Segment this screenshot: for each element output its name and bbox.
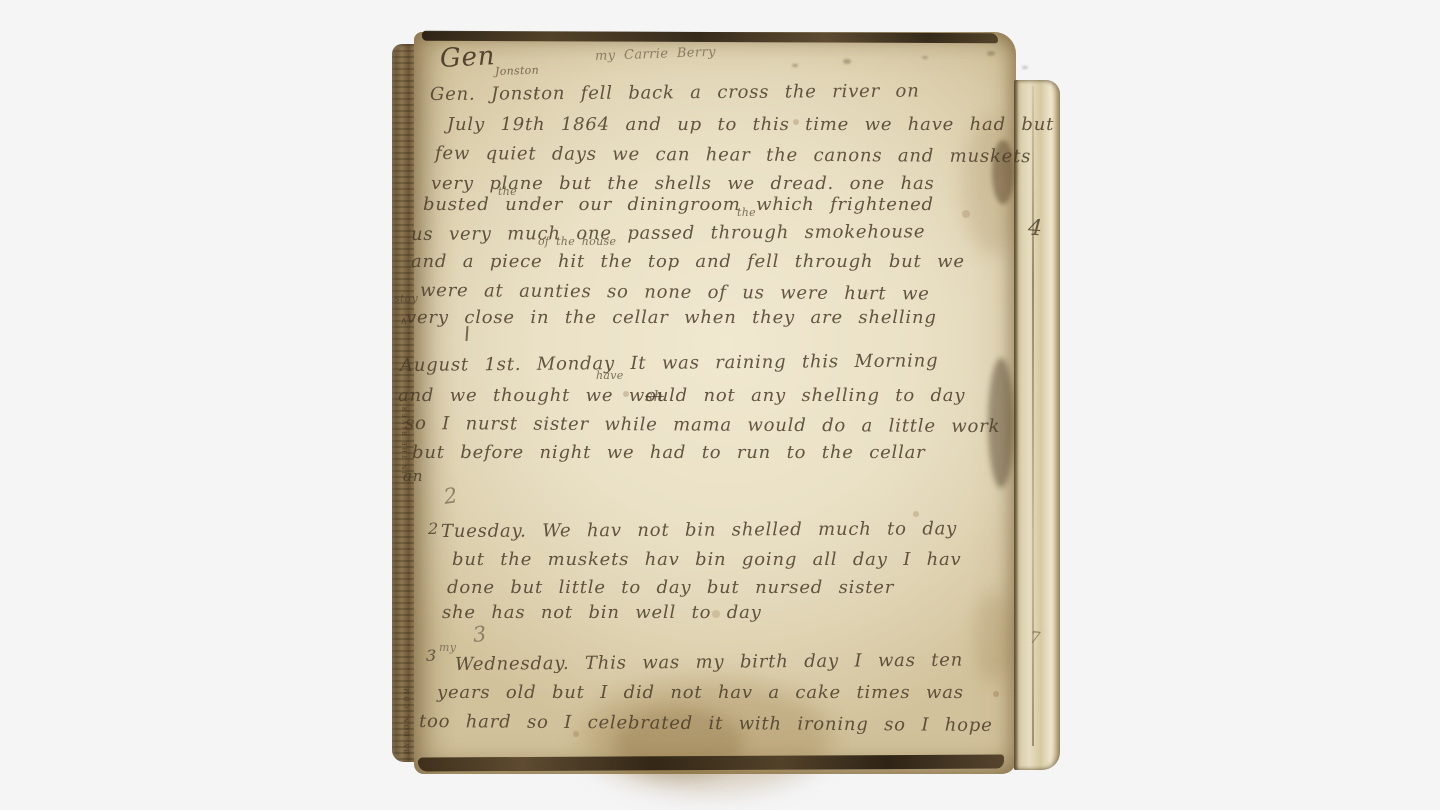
spine-printed-text: BY HON. COM [403,514,411,754]
pencil-annotation-number: 3 [472,624,488,646]
edge-page-number: 4 [1027,216,1043,242]
diary-line: few quiet days we can hear the canons an… [435,145,1031,166]
diary-line: August 1st. Monday It was raining this M… [400,352,939,375]
inserted-word: the [737,207,756,218]
inserted-word: Jonston [495,64,539,77]
diary-line: us very much one passed through smokehou… [411,223,925,244]
inserted-word: have [596,370,624,381]
diary-line: Gen. Jonston fell back a cross the river… [430,83,920,104]
diary-line: done but little to day but nursed sister [447,579,894,597]
diary-line: busted under our diningroom which fright… [423,196,934,214]
diary-line: and a piece hit the top and fell through… [411,253,965,271]
diary-line: and we thought we would not any shelling… [398,387,965,405]
diary-line: she has not bin well to day [442,604,762,622]
diary-line: were at aunties so none of us were hurt … [420,282,930,304]
spine-printed-text: IN THE RIVER [401,214,409,474]
diary-line: Tuesday. We hav not bin shelled much to … [441,520,957,541]
photo-background: IN THE RIVER BY HON. COM 4 7 ∧ Genmy Car… [0,0,1440,810]
ownership-inscription: my Carrie Berry [595,46,716,63]
diary-line: but the muskets hav bin going all day I … [452,551,962,569]
diary-line: Gen [439,43,496,72]
diary-line: July 19th 1864 and up to this time we ha… [447,116,1054,134]
page-edges [1014,80,1060,770]
inserted-word: stay [394,293,418,304]
edge-page-number: 7 [1029,628,1041,648]
margin-day-number: 2 [428,521,439,537]
inserted-word: my [439,642,456,653]
paper-stain [974,592,1014,682]
diary-line: but before night we had to run to the ce… [412,444,926,462]
pencil-smudges [792,64,798,67]
inserted-word: of the house [538,236,616,247]
diary-line: very close in the cellar when they are s… [406,309,937,327]
diary-line: an [403,469,423,484]
diary-book: IN THE RIVER BY HON. COM 4 7 ∧ Genmy Car… [392,28,1060,778]
pencil-annotation-number: 2 [443,485,460,508]
diary-line: too hard so I celebrated it with ironing… [419,713,993,735]
diary-line: years old but I did not hav a cake times… [437,684,964,702]
diary-line: so I nurst sister while mama would do a … [405,415,1000,436]
margin-day-number: 3 [426,648,437,664]
diary-line: Wednesday. This was my birth day I was t… [455,652,963,674]
